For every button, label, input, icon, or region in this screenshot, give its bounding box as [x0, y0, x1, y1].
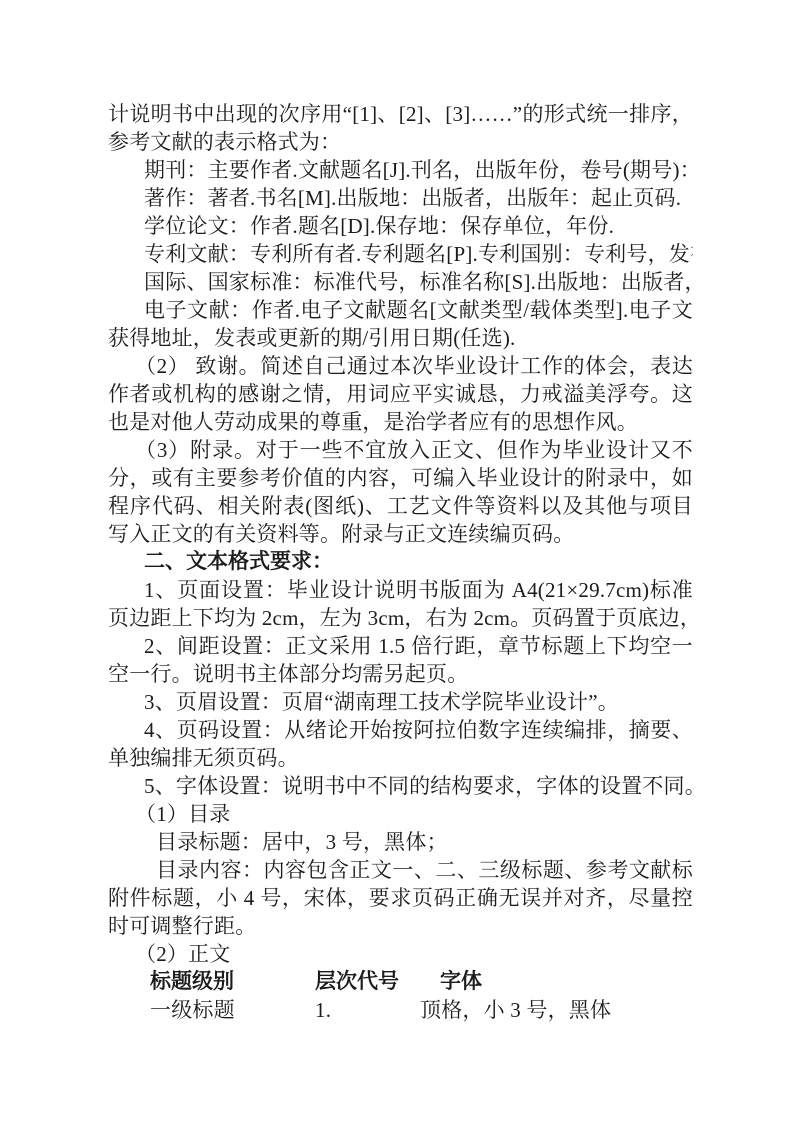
- reference-format-electronic: 电子文献：作者.电子文献题名[文献类型/载体类型].电子文献的出版或可: [108, 296, 693, 324]
- acknowledgement-paragraph: （2） 致谢。简述自己通过本次毕业设计工作的体会，表达对指导教师、协: [108, 352, 693, 380]
- table-cell-font: 顶格，小 3 号，黑体: [420, 996, 693, 1024]
- body-line: 页边距上下均为 2cm，左为 3cm，右为 2cm。页码置于页底边，居中。: [108, 604, 693, 632]
- body-line: 计说明书中出现的次序用“[1]、[2]、[3]……”的形式统一排序，依次列出。: [108, 100, 693, 128]
- page-setup-paragraph: 1、页面设置：毕业设计说明书版面为 A4(21×29.7cm)标准白纸，单面打印…: [108, 576, 693, 604]
- document-body: 计说明书中出现的次序用“[1]、[2]、[3]……”的形式统一排序，依次列出。 …: [108, 100, 693, 1024]
- toc-title-spec: 目录标题：居中，3 号，黑体；: [108, 828, 693, 856]
- appendix-paragraph: （3）附录。对于一些不宜放入正文、但作为毕业设计又不可缺少的组成部: [108, 436, 693, 464]
- table-cell-level-code: 1.: [315, 996, 420, 1024]
- reference-format-thesis: 学位论文：作者.题名[D].保存地：保存单位，年份.: [108, 212, 693, 240]
- table-header-font: 字体: [420, 968, 693, 996]
- body-line: 作者或机构的感谢之情，用词应平实诚恳，力戒溢美浮夸。这不仅是一种礼貌，: [108, 380, 693, 408]
- body-line: 也是对他人劳动成果的尊重，是治学者应有的思想作风。: [108, 408, 693, 436]
- reference-format-journal: 期刊：主要作者.文献题名[J].刊名，出版年份，卷号(期号)：起止页码.: [108, 156, 693, 184]
- table-header-row: 标题级别 层次代号 字体: [108, 968, 693, 996]
- reference-format-book: 著作：著者.书名[M].出版地：出版者，出版年：起止页码.: [108, 184, 693, 212]
- body-line: 空一行。说明书主体部分均需另起页。: [108, 660, 693, 688]
- document-page: 计说明书中出现的次序用“[1]、[2]、[3]……”的形式统一排序，依次列出。 …: [0, 0, 793, 1122]
- body-line: 获得地址，发表或更新的期/引用日期(任选).: [108, 324, 693, 352]
- page-number-setup-paragraph: 4、页码设置：从绪论开始按阿拉伯数字连续编排，摘要、目录等前置部分: [108, 716, 693, 744]
- reference-format-patent: 专利文献：专利所有者.专利题名[P].专利国别：专利号，发布日期.: [108, 240, 693, 268]
- toc-subsection-heading: （1）目录: [108, 800, 693, 828]
- maintext-subsection-heading: （2）正文: [108, 940, 693, 968]
- body-line: 写入正文的有关资料等。附录与正文连续编页码。: [108, 520, 693, 548]
- table-header-level-code: 层次代号: [315, 968, 420, 996]
- body-line: 分，或有主要参考价值的内容，可编入毕业设计的附录中，如编写的比较重要的: [108, 464, 693, 492]
- spacing-setup-paragraph: 2、间距设置：正文采用 1.5 倍行距，章节标题上下均空一行，小节标题上: [108, 632, 693, 660]
- body-line: 参考文献的表示格式为：: [108, 128, 693, 156]
- body-line: 程序代码、相关附表(图纸)、工艺文件等资料以及其他与项目设计相关、但不便: [108, 492, 693, 520]
- reference-format-standard: 国际、国家标准：标准代号，标准名称[S].出版地：出版者，出版年.: [108, 268, 693, 296]
- table-row: 一级标题 1. 顶格，小 3 号，黑体: [108, 996, 693, 1024]
- table-cell-heading-level: 一级标题: [150, 996, 315, 1024]
- body-line: 单独编排无须页码。: [108, 744, 693, 772]
- heading-format-table: 标题级别 层次代号 字体 一级标题 1. 顶格，小 3 号，黑体: [108, 968, 693, 1024]
- section-heading: 二、文本格式要求：: [108, 548, 693, 576]
- header-setup-paragraph: 3、页眉设置：页眉“湖南理工技术学院毕业设计”。: [108, 688, 693, 716]
- font-setup-paragraph: 5、字体设置：说明书中不同的结构要求，字体的设置不同。: [108, 772, 693, 800]
- table-header-heading-level: 标题级别: [150, 968, 315, 996]
- toc-content-spec: 目录内容：内容包含正文一、二、三级标题、参考文献标题、致谢标题、: [108, 856, 693, 884]
- body-line: 时可调整行距。: [108, 912, 693, 940]
- body-line: 附件标题，小 4 号，宋体，要求页码正确无误并对齐，尽量控制在 1 页，需要: [108, 884, 693, 912]
